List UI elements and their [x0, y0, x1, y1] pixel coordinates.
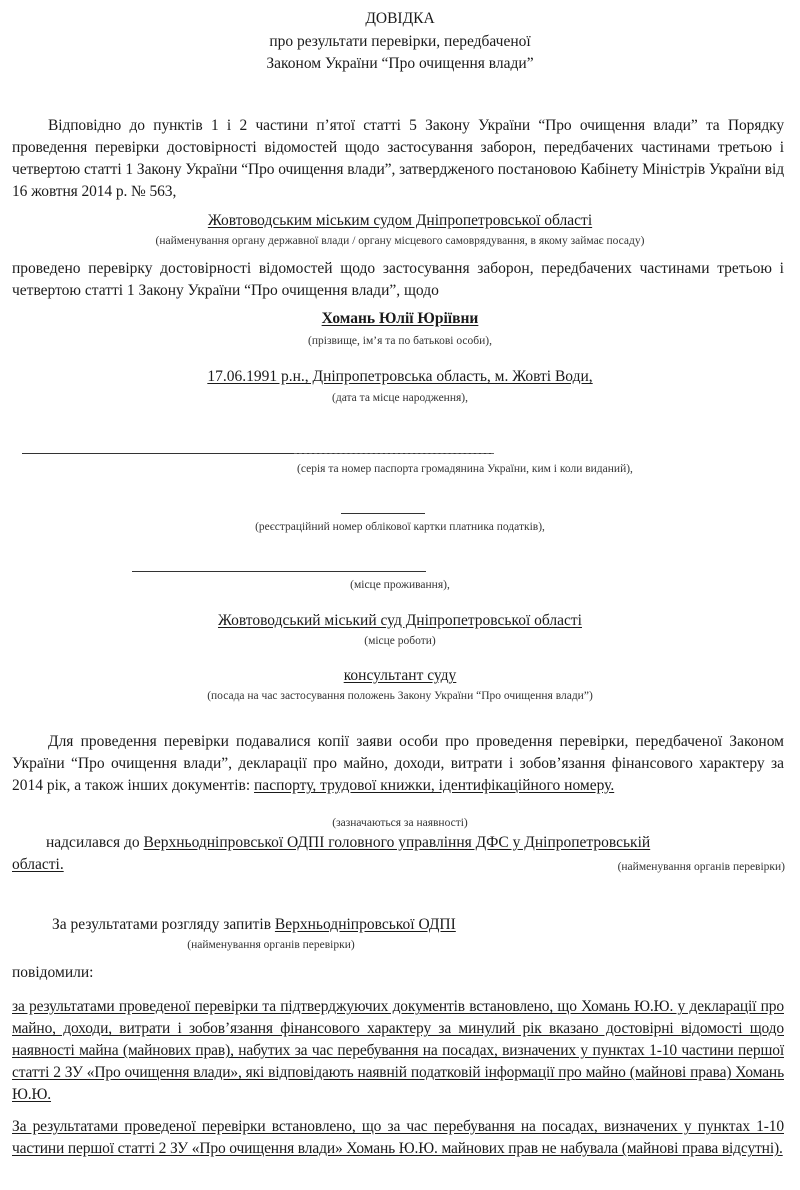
request-line: надсилався до Верхньодніпровської ОДПІ г…: [46, 832, 796, 854]
documents-paragraph: Для проведення перевірки подавалися копі…: [12, 731, 784, 797]
person-name: Хомань Юлії Юріївни: [322, 310, 479, 327]
authority-field: Жовтоводським міським судом Дніпропетров…: [0, 210, 800, 232]
document-page: ДОВІДКА про результати перевірки, передб…: [0, 0, 800, 1190]
birth-caption: (дата та місце народження),: [0, 391, 800, 405]
request-authority-line2: області.: [12, 856, 64, 873]
results-intro: За результатами розгляду запитів Верхньо…: [52, 914, 456, 936]
finding-1: за результатами проведеної перевірки та …: [12, 996, 784, 1106]
check-paragraph: проведено перевірку достовірності відомо…: [12, 258, 784, 302]
position-caption: (посада на час застосування положень Зак…: [0, 689, 800, 703]
authority-value: Жовтоводським міським судом Дніпропетров…: [208, 212, 592, 229]
results-intro-caption: (найменування органів перевірки): [126, 938, 416, 952]
passport-line-dotted: [294, 453, 494, 454]
workplace-value: Жовтоводський міський суд Дніпропетровсь…: [218, 612, 582, 629]
document-subtitle-line2: Законом України “Про очищення влади”: [0, 53, 800, 75]
person-caption: (прізвище, ім’я та по батькові особи),: [0, 334, 800, 348]
reported-label: повідомили:: [12, 962, 93, 984]
request-prefix: надсилався до: [46, 834, 140, 851]
results-intro-authority: Верхньодніпровської ОДПІ: [275, 916, 456, 933]
request-authority-line1: Верхньодніпровської ОДПІ головного управ…: [143, 834, 650, 851]
tax-id-line: [341, 513, 425, 514]
position-field: консультант суду: [0, 665, 800, 687]
workplace-field: Жовтоводський міський суд Дніпропетровсь…: [0, 610, 800, 632]
documents-caption: (зазначаються за наявності): [0, 816, 800, 830]
residence-caption: (місце проживання),: [0, 578, 800, 592]
birth-value: 17.06.1991 р.н., Дніпропетровська област…: [207, 368, 592, 385]
intro-paragraph: Відповідно до пунктів 1 і 2 частини п’ят…: [12, 115, 784, 203]
request-line2: області.: [12, 854, 64, 876]
residence-line: [132, 571, 426, 572]
workplace-caption: (місце роботи): [0, 634, 800, 648]
birth-field: 17.06.1991 р.н., Дніпропетровська област…: [0, 366, 800, 388]
passport-caption: (серія та номер паспорта громадянина Укр…: [165, 462, 765, 476]
tax-id-caption: (реєстраційний номер облікової картки пл…: [0, 520, 800, 534]
person-field: Хомань Юлії Юріївни: [0, 308, 800, 330]
request-caption: (найменування органів перевірки): [500, 860, 785, 874]
authority-caption: (найменування органу державної влади / о…: [0, 234, 800, 248]
document-title: ДОВІДКА: [0, 8, 800, 30]
finding-2: За результатами проведеної перевірки вст…: [12, 1116, 784, 1160]
results-intro-prefix: За результатами розгляду запитів: [52, 916, 271, 933]
position-value: консультант суду: [344, 667, 457, 684]
listed-documents: паспорту, трудової книжки, ідентифікацій…: [254, 777, 614, 794]
document-subtitle-line1: про результати перевірки, передбаченої: [0, 31, 800, 53]
